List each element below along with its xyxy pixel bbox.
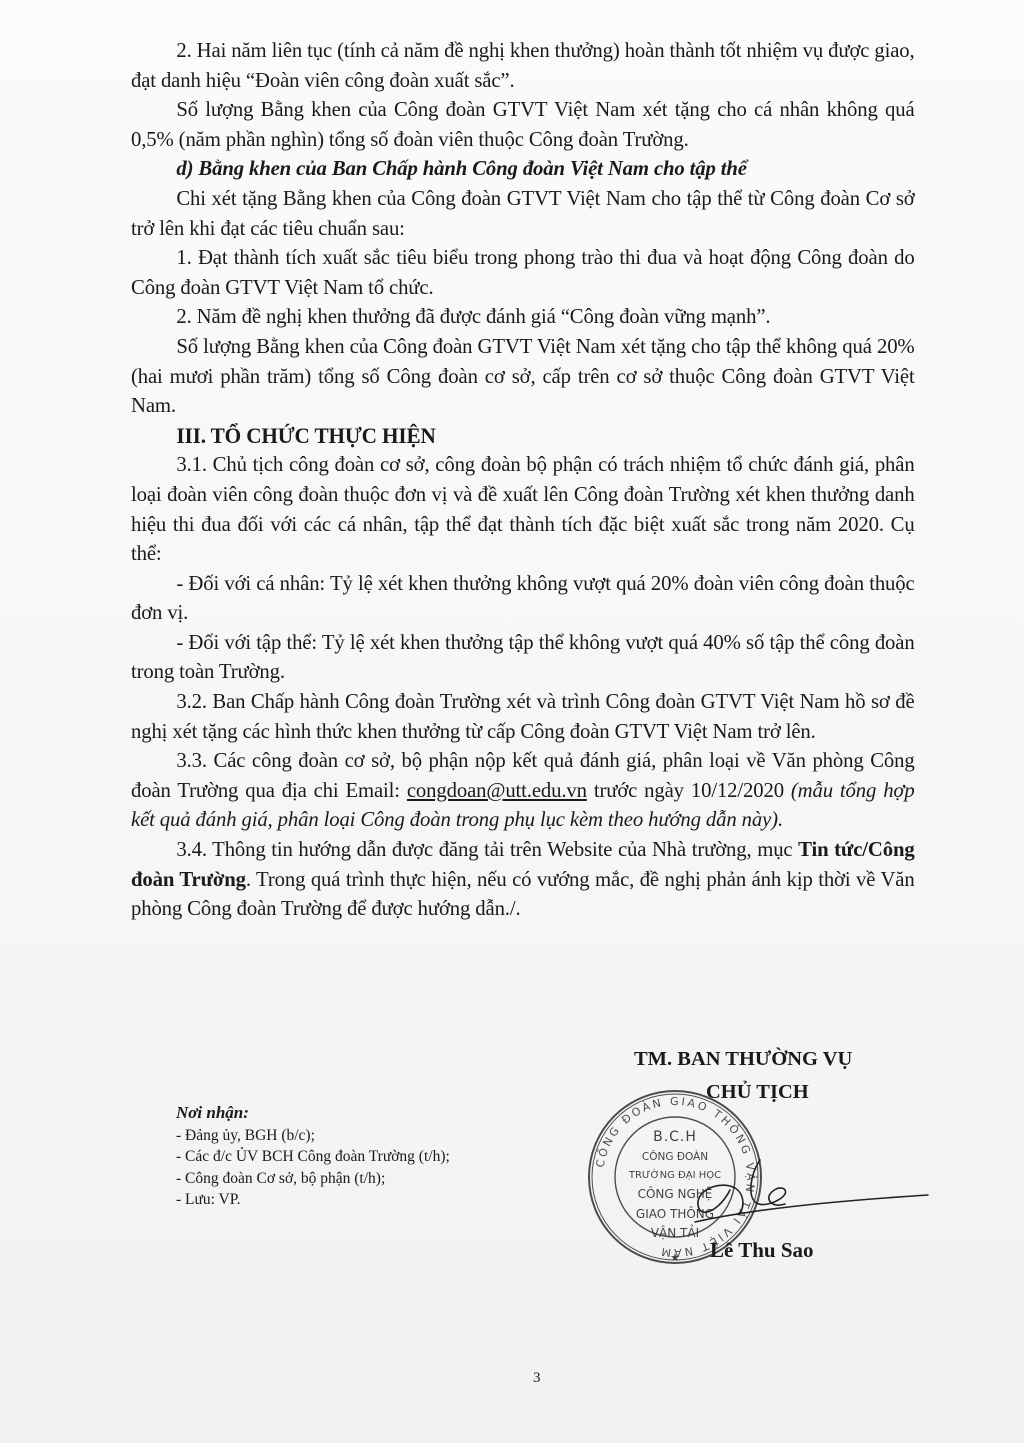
signature-title: TM. BAN THƯỜNG VỤ: [634, 1043, 852, 1075]
recipient-item: - Công đoàn Cơ sở, bộ phận (t/h);: [176, 1168, 450, 1190]
paragraph-individual-quota: Số lượng Bằng khen của Công đoàn GTVT Vi…: [131, 95, 915, 154]
paragraph-3-3: 3.3. Các công đoàn cơ sở, bộ phận nộp kế…: [131, 746, 915, 835]
recipient-item: - Lưu: VP.: [176, 1189, 450, 1211]
paragraph-3-3-deadline: trước ngày 10/12/2020: [587, 778, 791, 802]
recipients-block: Nơi nhận: - Đảng ủy, BGH (b/c); - Các đ/…: [176, 1102, 450, 1211]
paragraph-individual-ratio: - Đối với cá nhân: Tỷ lệ xét khen thưởng…: [131, 569, 915, 628]
paragraph-collective-criterion-1: 1. Đạt thành tích xuất sắc tiêu biểu tro…: [131, 243, 915, 302]
document-body: 2. Hai năm liên tục (tính cả năm đề nghị…: [131, 36, 915, 924]
paragraph-3-4-text: 3.4. Thông tin hướng dẫn được đăng tải t…: [176, 837, 798, 861]
svg-text:B.C.H: B.C.H: [653, 1129, 697, 1145]
recipient-item: - Đảng ủy, BGH (b/c);: [176, 1125, 450, 1147]
paragraph-3-1: 3.1. Chủ tịch công đoàn cơ sở, công đoàn…: [131, 450, 915, 568]
section-heading-d: d) Bằng khen của Ban Chấp hành Công đoàn…: [131, 154, 915, 184]
email-link[interactable]: congdoan@utt.edu.vn: [407, 778, 587, 802]
signature-icon: [690, 1150, 930, 1230]
document-page: 2. Hai năm liên tục (tính cả năm đề nghị…: [0, 0, 1024, 1443]
paragraph-collective-quota: Số lượng Bằng khen của Công đoàn GTVT Vi…: [131, 332, 915, 421]
paragraph-3-4-rest: . Trong quá trình thực hiện, nếu có vướn…: [131, 867, 915, 921]
recipient-item: - Các đ/c ỦV BCH Công đoàn Trường (t/h);: [176, 1146, 450, 1168]
svg-text:★: ★: [670, 1251, 680, 1264]
recipients-title: Nơi nhận:: [176, 1102, 450, 1124]
signature-position: CHỦ TỊCH: [706, 1076, 809, 1108]
section-heading-iii: III. TỔ CHỨC THỰC HIỆN: [131, 421, 915, 451]
signer-name: Lê Thu Sao: [710, 1238, 814, 1263]
paragraph-3-2: 3.2. Ban Chấp hành Công đoàn Trường xét …: [131, 687, 915, 746]
paragraph-collective-criterion-2: 2. Năm đề nghị khen thưởng đã được đánh …: [131, 302, 915, 332]
paragraph-collective-criteria-intro: Chi xét tặng Bằng khen của Công đoàn GTV…: [131, 184, 915, 243]
paragraph-collective-ratio: - Đối với tập thể: Tỷ lệ xét khen thưởng…: [131, 628, 915, 687]
paragraph-criterion-2-individual: 2. Hai năm liên tục (tính cả năm đề nghị…: [131, 36, 915, 95]
page-number: 3: [533, 1370, 541, 1387]
paragraph-3-4: 3.4. Thông tin hướng dẫn được đăng tải t…: [131, 835, 915, 924]
